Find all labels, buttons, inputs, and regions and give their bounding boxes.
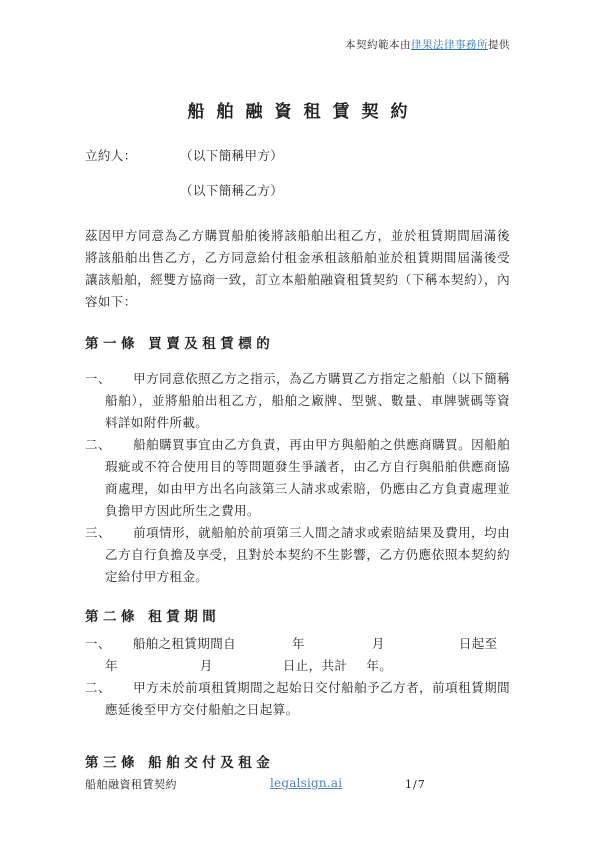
party-b-row: （以下簡稱乙方） — [85, 180, 510, 202]
party-a-row: 立約人：（以下簡稱甲方） — [85, 145, 510, 167]
clause-text: 甲方同意依照乙方之指示，為乙方購買乙方指定之船舶（以下簡稱船舶），並將船舶出租乙… — [105, 371, 510, 430]
party-b-note: （以下簡稱乙方） — [180, 183, 283, 198]
parties-label: 立約人： — [85, 145, 180, 167]
clause-text: 船舶購買事宜由乙方負責，再由甲方與船舶之供應商購買。因船舶瑕疵或不符合使用目的等… — [105, 437, 510, 518]
clause-number: 二、 — [85, 437, 111, 452]
footer-page-number: 1/7 — [405, 777, 426, 793]
clause-1-2: 二、船舶購買事宜由乙方負責，再由甲方與船舶之供應商購買。因船舶瑕疵或不符合使用目… — [85, 434, 510, 522]
preamble-paragraph: 茲因甲方同意為乙方購買船舶後將該船舶出租乙方，並於租賃期間屆滿後將該船舶出售乙方… — [85, 225, 510, 313]
legalsign-link[interactable]: legalsign.ai — [270, 775, 342, 791]
section-heading-1: 第一條 買賣及租賃標的 — [85, 333, 510, 355]
header-suffix-text: 提供 — [488, 39, 510, 51]
clause-1-1: 一、甲方同意依照乙方之指示，為乙方購買乙方指定之船舶（以下簡稱船舶），並將船舶出… — [85, 368, 510, 434]
fill-segment: 月 — [200, 658, 213, 673]
clause-1-3: 三、前項情形，就船舶於前項第三人間之請求或索賠結果及費用，均由乙方自行負擔及享受… — [85, 522, 510, 588]
clause-text: 前項情形，就船舶於前項第三人間之請求或索賠結果及費用，均由乙方自行負擔及享受，且… — [105, 525, 510, 584]
fill-segment: 年 — [292, 636, 305, 651]
clause-number: 一、 — [85, 371, 111, 386]
fill-segment: 日起至 — [459, 636, 498, 651]
document-title: 船舶融資租賃契約 — [85, 99, 510, 125]
fill-segment: 船舶之租賃期間自 — [133, 636, 236, 651]
clause-2-2: 二、甲方未於前項租賃期間之起始日交付船舶予乙方者，前項租賃期間應延後至甲方交付船… — [85, 677, 510, 721]
clause-2-1: 一、船舶之租賃期間自年月日起至 年月日止，共計年。 — [85, 633, 510, 677]
page-footer: 船舶融資租賃契約 legalsign.ai 1/7 — [85, 775, 510, 795]
fill-segment: 月 — [372, 636, 385, 651]
header-prefix-text: 本契約範本由 — [345, 39, 411, 51]
clause-2-1-line-2: 年月日止，共計年。 — [85, 655, 510, 677]
page-content: 本契約範本由律果法律事務所提供 船舶融資租賃契約 立約人：（以下簡稱甲方） （以… — [85, 0, 510, 774]
section-heading-2: 第二條 租賃期間 — [85, 606, 510, 628]
footer-doc-title: 船舶融資租賃契約 — [85, 777, 177, 793]
clause-number: 二、 — [85, 680, 111, 695]
law-firm-link[interactable]: 律果法律事務所 — [411, 39, 488, 51]
section-heading-3: 第三條 船舶交付及租金 — [85, 752, 510, 774]
clause-number: 三、 — [85, 525, 111, 540]
clause-2-1-line-1: 一、船舶之租賃期間自年月日起至 — [85, 633, 510, 655]
fill-segment: 年。 — [366, 658, 392, 673]
clause-text: 甲方未於前項租賃期間之起始日交付船舶予乙方者，前項租賃期間應延後至甲方交付船舶之… — [105, 680, 510, 717]
header-attribution: 本契約範本由律果法律事務所提供 — [85, 0, 510, 53]
document-page: 本契約範本由律果法律事務所提供 船舶融資租賃契約 立約人：（以下簡稱甲方） （以… — [0, 0, 595, 842]
clause-number: 一、 — [85, 636, 111, 651]
party-a-note: （以下簡稱甲方） — [180, 148, 283, 163]
fill-segment: 日止，共計 — [283, 658, 348, 673]
fill-segment: 年 — [105, 658, 118, 673]
